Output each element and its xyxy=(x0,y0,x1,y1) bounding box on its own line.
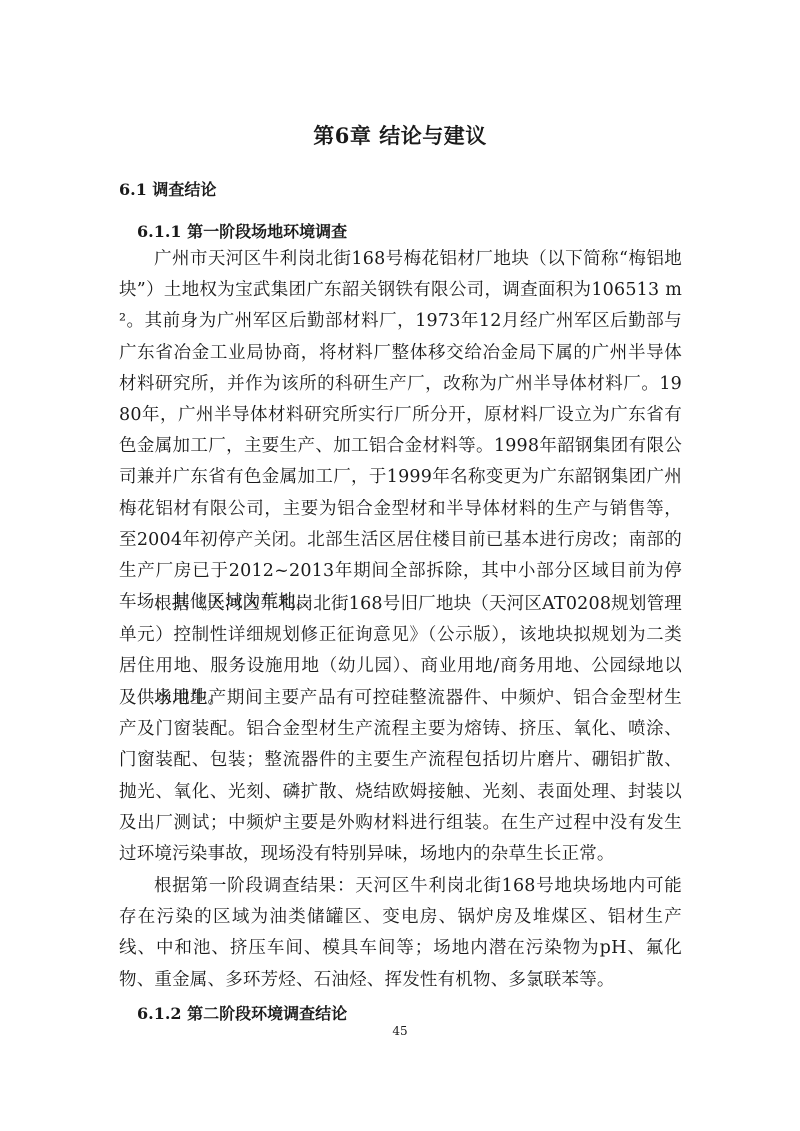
paragraph-production: 场地生产期间主要产品有可控硅整流器件、中频炉、铝合金型材生产及门窗装配。铝合金型… xyxy=(119,683,682,870)
page-number: 45 xyxy=(0,1024,800,1038)
subsection-heading-6-1-1: 6.1.1 第一阶段场地环境调查 xyxy=(137,219,347,242)
subsection-heading-6-1-2: 6.1.2 第二阶段环境调查结论 xyxy=(137,1001,347,1024)
chapter-title: 第6章 结论与建议 xyxy=(0,120,800,150)
document-page: 第6章 结论与建议 6.1 调查结论 6.1.1 第一阶段场地环境调查 广州市天… xyxy=(0,0,800,1131)
paragraph-site-history: 广州市天河区牛利岗北街168号梅花铝材厂地块（以下简称“梅铝地块”）土地权为宝武… xyxy=(119,244,682,618)
section-heading-6-1: 6.1 调查结论 xyxy=(119,177,216,200)
paragraph-phase1-result: 根据第一阶段调查结果：天河区牛利岗北街168号地块场地内可能存在污染的区域为油类… xyxy=(119,871,682,996)
